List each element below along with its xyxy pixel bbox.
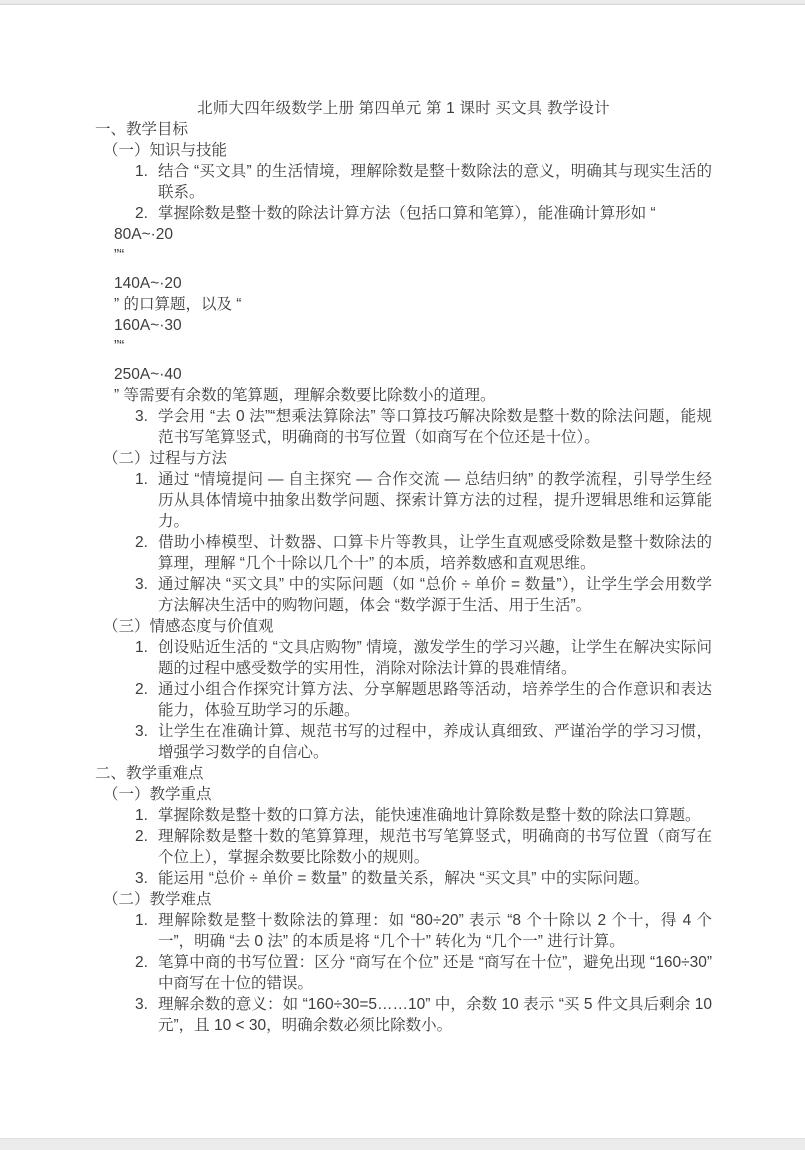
list-item-text: 结合 “买文具” 的生活情境，理解除数是整十数除法的意义，明确其与现实生活的联系… (158, 163, 712, 201)
list-item-text: 掌握除数是整十数的除法计算方法（包括口算和笔算），能准确计算形如 “ (158, 205, 656, 222)
list-item: 1.理解除数是整十数除法的算理：如 “80÷20” 表示 “8 个十除以 2 个… (95, 910, 712, 952)
document-viewer: 北师大四年级数学上册 第四单元 第 1 课时 买文具 教学设计 一、教学目标（一… (0, 0, 805, 1150)
document-title: 北师大四年级数学上册 第四单元 第 1 课时 买文具 教学设计 (95, 98, 712, 119)
list-item-text: 让学生在准确计算、规范书写的过程中，养成认真细致、严谨治学的学习习惯，增强学习数… (158, 723, 712, 761)
paragraph-line: ”“ (114, 336, 712, 357)
list-item: 3.理解余数的意义：如 “160÷30=5……10” 中，余数 10 表示 “买… (95, 994, 712, 1036)
list-item-number: 2. (135, 952, 148, 973)
list-item: 1.创设贴近生活的 “文具店购物” 情境，激发学生的学习兴趣，让学生在解决实际问… (95, 637, 712, 679)
list-item: 2.通过小组合作探究计算方法、分享解题思路等活动，培养学生的合作意识和表达能力，… (95, 679, 712, 721)
list-item-number: 2. (135, 826, 148, 847)
list-item-number: 3. (135, 994, 148, 1015)
list-item-number: 3. (135, 868, 148, 889)
list-item: 3.通过解决 “买文具” 中的实际问题（如 “总价 ÷ 单价 = 数量”），让学… (95, 574, 712, 616)
list-item-text: 学会用 “去 0 法”“想乘法算除法” 等口算技巧解决除数是整十数的除法问题，能… (158, 408, 712, 446)
list-item: 1.掌握除数是整十数的口算方法，能快速准确地计算除数是整十数的除法口算题。 (95, 805, 712, 826)
section-heading: 一、教学目标 (95, 119, 712, 140)
paragraph-line: 80A~·20 (114, 224, 712, 245)
list-item-text: 通过 “情境提问 — 自主探究 — 合作交流 — 总结归纳” 的教学流程，引导学… (158, 471, 712, 530)
list-item-text: 借助小棒模型、计数器、口算卡片等教具，让学生直观感受除数是整十数除法的算理，理解… (158, 534, 712, 572)
subsection-heading: （三）情感态度与价值观 (103, 616, 712, 637)
list-item-number: 1. (135, 805, 148, 826)
list-item-number: 1. (135, 637, 148, 658)
list-item: 2.理解除数是整十数的笔算算理，规范书写笔算竖式，明确商的书写位置（商写在个位上… (95, 826, 712, 868)
list-item: 3.让学生在准确计算、规范书写的过程中，养成认真细致、严谨治学的学习习惯，增强学… (95, 721, 712, 763)
subsection-heading: （二）教学难点 (103, 889, 712, 910)
paragraph-line: ” 等需要有余数的笔算题，理解余数要比除数小的道理。 (114, 385, 712, 406)
list-item-number: 2. (135, 203, 148, 224)
paragraph-line: 160A~·30 (114, 315, 712, 336)
paragraph-line: ”“ (114, 245, 712, 266)
page-gap-bottom (0, 1138, 805, 1150)
list-item-text: 理解余数的意义：如 “160÷30=5……10” 中，余数 10 表示 “买 5… (158, 996, 712, 1034)
list-item-number: 2. (135, 532, 148, 553)
list-item: 1.结合 “买文具” 的生活情境，理解除数是整十数除法的意义，明确其与现实生活的… (95, 161, 712, 203)
list-item-number: 2. (135, 679, 148, 700)
list-item-number: 1. (135, 910, 148, 931)
list-item-number: 3. (135, 406, 148, 427)
list-item: 2.掌握除数是整十数的除法计算方法（包括口算和笔算），能准确计算形如 “ (95, 203, 712, 224)
subsection-heading: （一）知识与技能 (103, 140, 712, 161)
list-item-text: 理解除数是整十数除法的算理：如 “80÷20” 表示 “8 个十除以 2 个十，… (158, 912, 712, 950)
list-item-text: 创设贴近生活的 “文具店购物” 情境，激发学生的学习兴趣，让学生在解决实际问题的… (158, 639, 712, 677)
page-content: 北师大四年级数学上册 第四单元 第 1 课时 买文具 教学设计 一、教学目标（一… (0, 5, 805, 1036)
list-item-text: 通过小组合作探究计算方法、分享解题思路等活动，培养学生的合作意识和表达能力，体验… (158, 681, 712, 719)
list-item-number: 3. (135, 574, 148, 595)
list-item-text: 能运用 “总价 ÷ 单价 = 数量” 的数量关系，解决 “买文具” 中的实际问题… (158, 870, 649, 887)
paragraph-line: 140A~·20 (114, 273, 712, 294)
list-item-text: 理解除数是整十数的笔算算理，规范书写笔算竖式，明确商的书写位置（商写在个位上），… (158, 828, 712, 866)
paragraph-line: 250A~·40 (114, 364, 712, 385)
list-item-text: 通过解决 “买文具” 中的实际问题（如 “总价 ÷ 单价 = 数量”），让学生学… (158, 576, 712, 614)
list-item: 1.通过 “情境提问 — 自主探究 — 合作交流 — 总结归纳” 的教学流程，引… (95, 469, 712, 532)
subsection-heading: （二）过程与方法 (103, 448, 712, 469)
list-item-number: 1. (135, 469, 148, 490)
list-item-number: 1. (135, 161, 148, 182)
document-body: 一、教学目标（一）知识与技能1.结合 “买文具” 的生活情境，理解除数是整十数除… (95, 119, 712, 1036)
list-item: 2.笔算中商的书写位置：区分 “商写在个位” 还是 “商写在十位”，避免出现 “… (95, 952, 712, 994)
list-item: 3.能运用 “总价 ÷ 单价 = 数量” 的数量关系，解决 “买文具” 中的实际… (95, 868, 712, 889)
list-item: 2.借助小棒模型、计数器、口算卡片等教具，让学生直观感受除数是整十数除法的算理，… (95, 532, 712, 574)
subsection-heading: （一）教学重点 (103, 784, 712, 805)
list-item-number: 3. (135, 721, 148, 742)
paragraph-line: ” 的口算题，以及 “ (114, 294, 712, 315)
section-heading: 二、教学重难点 (95, 763, 712, 784)
list-item-text: 笔算中商的书写位置：区分 “商写在个位” 还是 “商写在十位”，避免出现 “16… (158, 954, 712, 992)
list-item: 3.学会用 “去 0 法”“想乘法算除法” 等口算技巧解决除数是整十数的除法问题… (95, 406, 712, 448)
document-page: 北师大四年级数学上册 第四单元 第 1 课时 买文具 教学设计 一、教学目标（一… (0, 5, 805, 1138)
list-item-text: 掌握除数是整十数的口算方法，能快速准确地计算除数是整十数的除法口算题。 (158, 807, 701, 824)
